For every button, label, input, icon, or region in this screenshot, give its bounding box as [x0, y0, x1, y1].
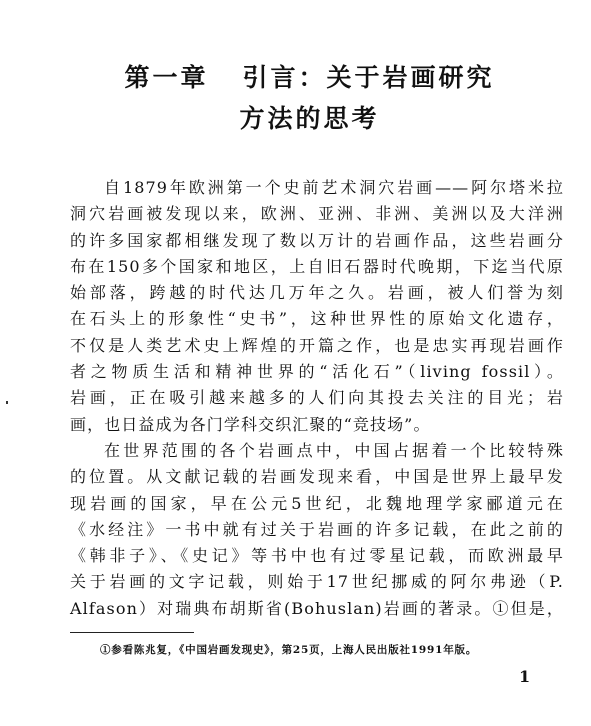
footnote-divider — [70, 632, 194, 633]
body-line: 者之物质生活和精神世界的“活化石”（living fossil）。 — [70, 359, 564, 385]
scan-artifact — [6, 401, 8, 404]
book-page: 第一章引言：关于岩画研究 方法的思考 自1879年欧洲第一个史前艺术洞穴岩画——… — [0, 0, 591, 726]
body-line: 自1879年欧洲第一个史前艺术洞穴岩画——阿尔塔米拉 — [70, 175, 564, 201]
body-line: 《韩非子》、《史记》等书中也有过零星记载，而欧洲最早 — [70, 543, 564, 569]
body-line: 《水经注》一书中就有过关于岩画的许多记载，在此之前的 — [70, 517, 564, 543]
body-line: 岩画，正在吸引越来越多的人们向其投去关注的目光；岩 — [70, 385, 564, 411]
body-line: 现岩画的国家，早在公元5世纪，北魏地理学家郦道元在 — [70, 491, 564, 517]
footnote: ①参看陈兆复，《中国岩画发现史》，第25页，上海人民出版社1991年版。 — [100, 642, 477, 657]
body-line: Alfason）对瑞典布胡斯省(Bohuslan)岩画的著录。①但是， — [70, 596, 564, 622]
body-paragraphs: 自1879年欧洲第一个史前艺术洞穴岩画——阿尔塔米拉 洞穴岩画被发现以来，欧洲、… — [70, 175, 564, 622]
body-line: 布在150多个国家和地区，上自旧石器时代晚期，下迄当代原 — [70, 254, 564, 280]
body-line: 的位置。从文献记载的岩画发现来看，中国是世界上最早发 — [70, 464, 564, 490]
body-line: 的许多国家都相继发现了数以万计的岩画作品，这些岩画分 — [70, 228, 564, 254]
body-line: 洞穴岩画被发现以来，欧洲、亚洲、非洲、美洲以及大洋洲 — [70, 201, 564, 227]
body-line: 不仅是人类艺术史上辉煌的开篇之作，也是忠实再现岩画作 — [70, 333, 564, 359]
chapter-title-line-2: 方法的思考 — [14, 99, 591, 135]
body-line: 在石头上的形象性“史书”，这种世界性的原始文化遗存， — [70, 306, 564, 332]
chapter-title-line-1: 第一章引言：关于岩画研究 — [14, 58, 591, 94]
chapter-number: 第一章 — [124, 63, 208, 92]
chapter-heading: 引言：关于岩画研究 — [243, 63, 495, 92]
body-line: 在世界范围的各个岩画点中，中国占据着一个比较特殊 — [70, 438, 564, 464]
page-number: 1 — [519, 667, 530, 686]
body-line: 始部落，跨越的时代达几万年之久。岩画，被人们誉为刻 — [70, 280, 564, 306]
body-line: 画，也日益成为各门学科交织汇聚的“竞技场”。 — [70, 412, 564, 438]
body-line: 关于岩画的文字记载，则始于17世纪挪威的阿尔弗逊（P. — [70, 569, 564, 595]
